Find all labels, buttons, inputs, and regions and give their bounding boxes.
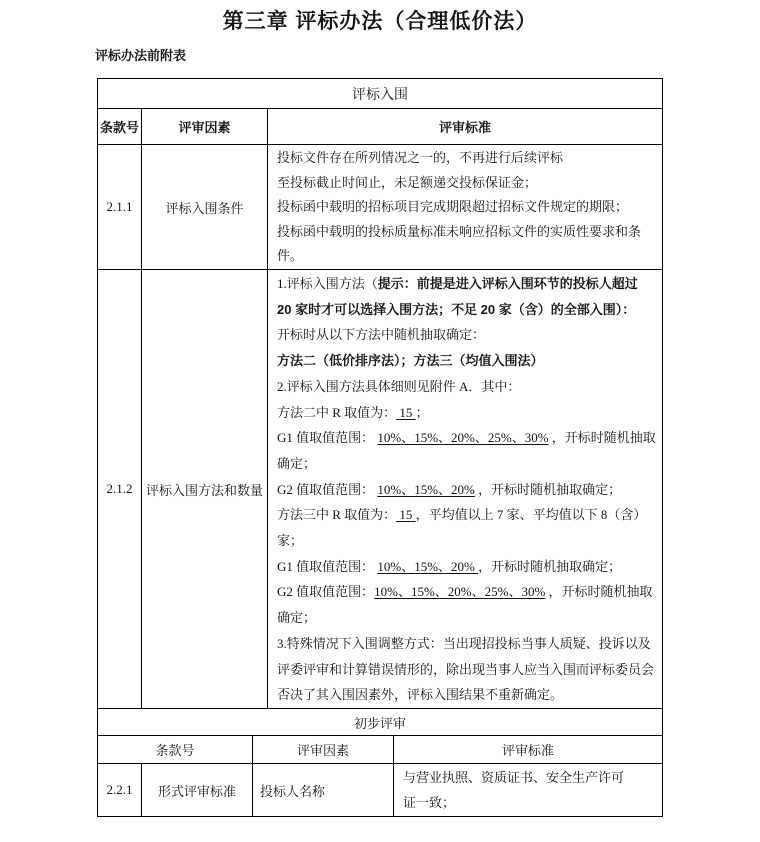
- text-line: 证一致；: [403, 790, 656, 815]
- text-run: 件。: [277, 248, 303, 263]
- text-run: 至投标截止时间止，未足额递交投标保证金；: [277, 175, 537, 190]
- text-line: 投标文件存在所列情况之一的，不再进行后续评标: [277, 146, 656, 171]
- text-run: 确定；: [277, 456, 316, 471]
- text-run: 确定；: [277, 610, 316, 625]
- text-line: 方法三中 R 取值为： 15 ，平均值以上 7 家、平均值以下 8（含）: [277, 502, 656, 528]
- review-factor: 投标人名称: [253, 764, 394, 816]
- section-header-shortlist: 评标入围: [98, 79, 662, 109]
- text-run: ，开标时随机抽取: [545, 584, 652, 599]
- text-run: 15: [396, 405, 416, 420]
- text-run: 投标函中载明的投标质量标准未响应招标文件的实质性要求和条: [277, 224, 641, 239]
- text-line: 20 家时才可以选择入围方法；不足 20 家（含）的全部入围）：: [277, 297, 656, 323]
- table-row-2-1-2: 2.1.2 评标入围方法和数量 1.评标入围方法（提示：前提是进入评标入围环节的…: [98, 270, 662, 709]
- column-header-criteria: 评审标准: [394, 736, 662, 763]
- text-run: 评委评审和计算错误情形的，除出现当事人应当入围而评标委员会: [277, 662, 654, 677]
- clause-number: 2.2.1: [98, 764, 142, 816]
- text-run: ；: [416, 405, 429, 420]
- text-run: 方法三中 R 取值为：: [277, 507, 396, 522]
- text-run: 10%、15%、20%、25%、30%: [374, 584, 545, 599]
- text-run: 家；: [277, 533, 303, 548]
- text-run: 方法二（低价排序法）；方法三（均值入围法）: [277, 353, 544, 368]
- text-run: ，开标时随机抽取确定；: [478, 559, 621, 574]
- review-criteria: 与营业执照、资质证书、安全生产许可证一致；: [394, 764, 662, 816]
- text-line: 方法二中 R 取值为： 15 ；: [277, 400, 656, 426]
- text-line: G1 值取值范围： 10%、15%、20%、25%、30% ，开标时随机抽取: [277, 425, 656, 451]
- text-line: 家；: [277, 528, 656, 554]
- text-line: 3.特殊情况下入围调整方式：当出现招投标当事人质疑、投诉以及: [277, 631, 656, 657]
- text-run: 10%、15%、20%: [377, 482, 475, 497]
- table-row-2-2-1: 2.2.1 形式评审标准 投标人名称 与营业执照、资质证书、安全生产许可证一致；: [98, 764, 662, 816]
- text-run: G2 值取值范围：: [277, 584, 374, 599]
- text-run: ，开标时随机抽取: [549, 430, 656, 445]
- preliminary-header-row: 条款号 评审因素 评审标准: [98, 736, 662, 764]
- text-line: G2 值取值范围：10%、15%、20%、25%、30% ，开标时随机抽取: [277, 579, 656, 605]
- text-run: G1 值取值范围：: [277, 559, 377, 574]
- review-factor: 评标入围方法和数量: [142, 270, 268, 708]
- clause-number: 2.1.2: [98, 270, 142, 708]
- text-run: ，开标时随机抽取确定；: [475, 482, 621, 497]
- text-run: 方法二中 R 取值为：: [277, 405, 396, 420]
- clause-number: 2.1.1: [98, 145, 142, 269]
- text-line: 投标函中载明的投标质量标准未响应招标文件的实质性要求和条: [277, 220, 656, 245]
- column-header-clause: 条款号: [98, 109, 142, 144]
- text-run: 证一致；: [403, 795, 455, 810]
- text-run: 提示：前提是进入评标入围环节的投标人超过: [378, 276, 638, 291]
- text-run: 1.评标入围方法（: [277, 276, 378, 291]
- column-header-criteria: 评审标准: [268, 109, 662, 144]
- review-factor: 评标入围条件: [142, 145, 268, 269]
- column-header-factor: 评审因素: [142, 109, 268, 144]
- text-line: 否决了其入围因素外，评标入围结果不重新确定。: [277, 682, 656, 708]
- page-title: 第三章 评标办法（合理低价法）: [0, 5, 760, 35]
- review-criteria: 1.评标入围方法（提示：前提是进入评标入围环节的投标人超过20 家时才可以选择入…: [268, 270, 662, 708]
- text-line: 开标时从以下方法中随机抽取确定：: [277, 322, 656, 348]
- text-run: 投标文件存在所列情况之一的，不再进行后续评标: [277, 150, 563, 165]
- text-line: 与营业执照、资质证书、安全生产许可: [403, 765, 656, 790]
- text-run: 投标函中载明的招标项目完成期限超过招标文件规定的期限；: [277, 199, 628, 214]
- text-line: G1 值取值范围： 10%、15%、20% ，开标时随机抽取确定；: [277, 554, 656, 580]
- document-page: { "page": { "title": "第三章 评标办法（合理低价法）", …: [0, 0, 760, 842]
- text-line: 方法二（低价排序法）；方法三（均值入围法）: [277, 348, 656, 374]
- text-run: 与营业执照、资质证书、安全生产许可: [403, 770, 624, 785]
- text-run: 15: [396, 507, 416, 522]
- evaluation-table: 评标入围 条款号 评审因素 评审标准 2.1.1 评标入围条件 投标文件存在所列…: [97, 78, 663, 817]
- text-line: 投标函中载明的招标项目完成期限超过招标文件规定的期限；: [277, 195, 656, 220]
- text-run: 20 家时才可以选择入围方法；不足 20 家（含）的全部入围）：: [277, 302, 635, 317]
- text-run: G2 值取值范围：: [277, 482, 377, 497]
- text-run: 10%、15%、20%、25%、30%: [377, 430, 548, 445]
- text-line: 件。: [277, 244, 656, 269]
- text-line: G2 值取值范围： 10%、15%、20% ，开标时随机抽取确定；: [277, 477, 656, 503]
- text-line: 至投标截止时间止，未足额递交投标保证金；: [277, 171, 656, 196]
- table-row-2-1-1: 2.1.1 评标入围条件 投标文件存在所列情况之一的，不再进行后续评标至投标截止…: [98, 145, 662, 270]
- text-line: 1.评标入围方法（提示：前提是进入评标入围环节的投标人超过: [277, 271, 656, 297]
- text-run: 否决了其入围因素外，评标入围结果不重新确定。: [277, 687, 563, 702]
- text-line: 评委评审和计算错误情形的，除出现当事人应当入围而评标委员会: [277, 657, 656, 683]
- column-header-factor: 评审因素: [253, 736, 394, 763]
- review-standard-type: 形式评审标准: [142, 764, 253, 816]
- text-run: 3.特殊情况下入围调整方式：当出现招投标当事人质疑、投诉以及: [277, 636, 651, 651]
- section-header-preliminary: 初步评审: [98, 709, 662, 736]
- text-run: 2.评标入围方法具体细则见附件 A．其中：: [277, 379, 520, 394]
- text-run: 开标时从以下方法中随机抽取确定：: [277, 327, 485, 342]
- review-criteria: 投标文件存在所列情况之一的，不再进行后续评标至投标截止时间止，未足额递交投标保证…: [268, 145, 662, 269]
- text-line: 2.评标入围方法具体细则见附件 A．其中：: [277, 374, 656, 400]
- table-caption: 评标办法前附表: [95, 45, 186, 64]
- text-run: 10%、15%、20%: [377, 559, 478, 574]
- column-header-clause: 条款号: [98, 736, 253, 763]
- text-run: ，平均值以上 7 家、平均值以下 8（含）: [416, 507, 647, 522]
- text-line: 确定；: [277, 451, 656, 477]
- text-line: 确定；: [277, 605, 656, 631]
- text-run: G1 值取值范围：: [277, 430, 377, 445]
- shortlist-header-row: 条款号 评审因素 评审标准: [98, 109, 662, 145]
